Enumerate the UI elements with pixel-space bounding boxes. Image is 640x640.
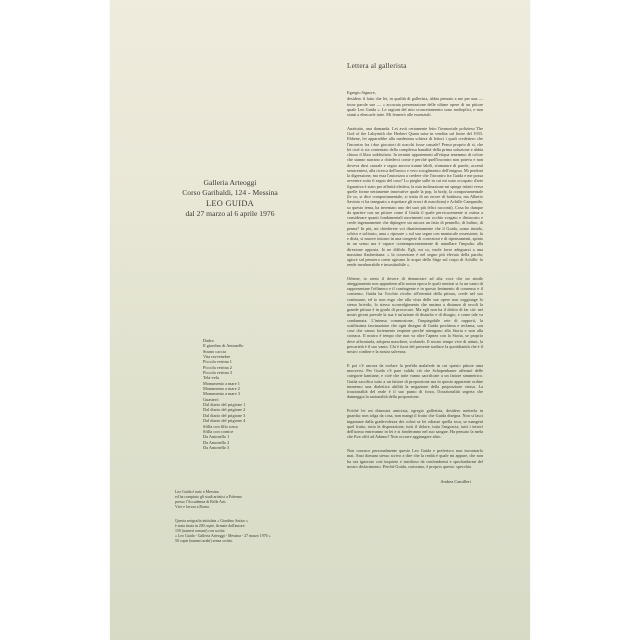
works-list: DadraIl giardino di AntonelloStrano cacc… xyxy=(203,338,245,450)
letter-paragraph: E poi c'è ancora da svelare la perfida m… xyxy=(347,363,483,400)
letter-paragraph: Poiché lei mi dimostra amicizia, egregio… xyxy=(347,408,483,440)
exhibition-info: Galleria Arteoggi Corso Garibaldi, 124 -… xyxy=(160,178,300,219)
letter-paragraph: Anzitutto, una domanda. Lei avrà certame… xyxy=(347,126,483,268)
gallery-name: Galleria Arteoggi xyxy=(160,178,300,188)
letter-body: Egregio Signore, desidero il fatto che l… xyxy=(347,90,483,484)
exhibition-dates: dal 27 marzo al 6 aprile 1976 xyxy=(160,209,300,219)
work-title: Dal diario del prigione 4 xyxy=(203,418,245,423)
letter-signature: Andrea Camilleri xyxy=(347,479,483,484)
artist-bio: Leo Guida è nato a Messinaed ha compiuto… xyxy=(175,490,242,510)
letter-title: Lettera al gallerista xyxy=(347,62,407,70)
colophon-line: 50 copie (numeri arabi) senza scritta. xyxy=(175,539,271,544)
work-title: Da Antonello 3 xyxy=(203,445,245,450)
letter-paragraph: Orbene, io sento il dovere di denunciare… xyxy=(347,276,483,355)
letter-salutation: Egregio Signore, xyxy=(347,90,483,95)
gallery-address: Corso Garibaldi, 124 - Messina xyxy=(160,188,300,198)
work-title: Il giardino di Antonello xyxy=(203,343,245,348)
letter-paragraph: Non conosco personalmente questo Leo Gui… xyxy=(347,448,483,469)
edition-colophon: Questa serigrafia intitolata « Giardino … xyxy=(175,519,271,544)
artist-name: LEO GUIDA xyxy=(160,199,300,209)
work-title: Monumento a mare 3 xyxy=(203,391,245,396)
letter-paragraph: desidero il fatto che lei, in qualità di… xyxy=(347,96,483,117)
bio-line: Vive e lavora a Roma. xyxy=(175,505,242,510)
